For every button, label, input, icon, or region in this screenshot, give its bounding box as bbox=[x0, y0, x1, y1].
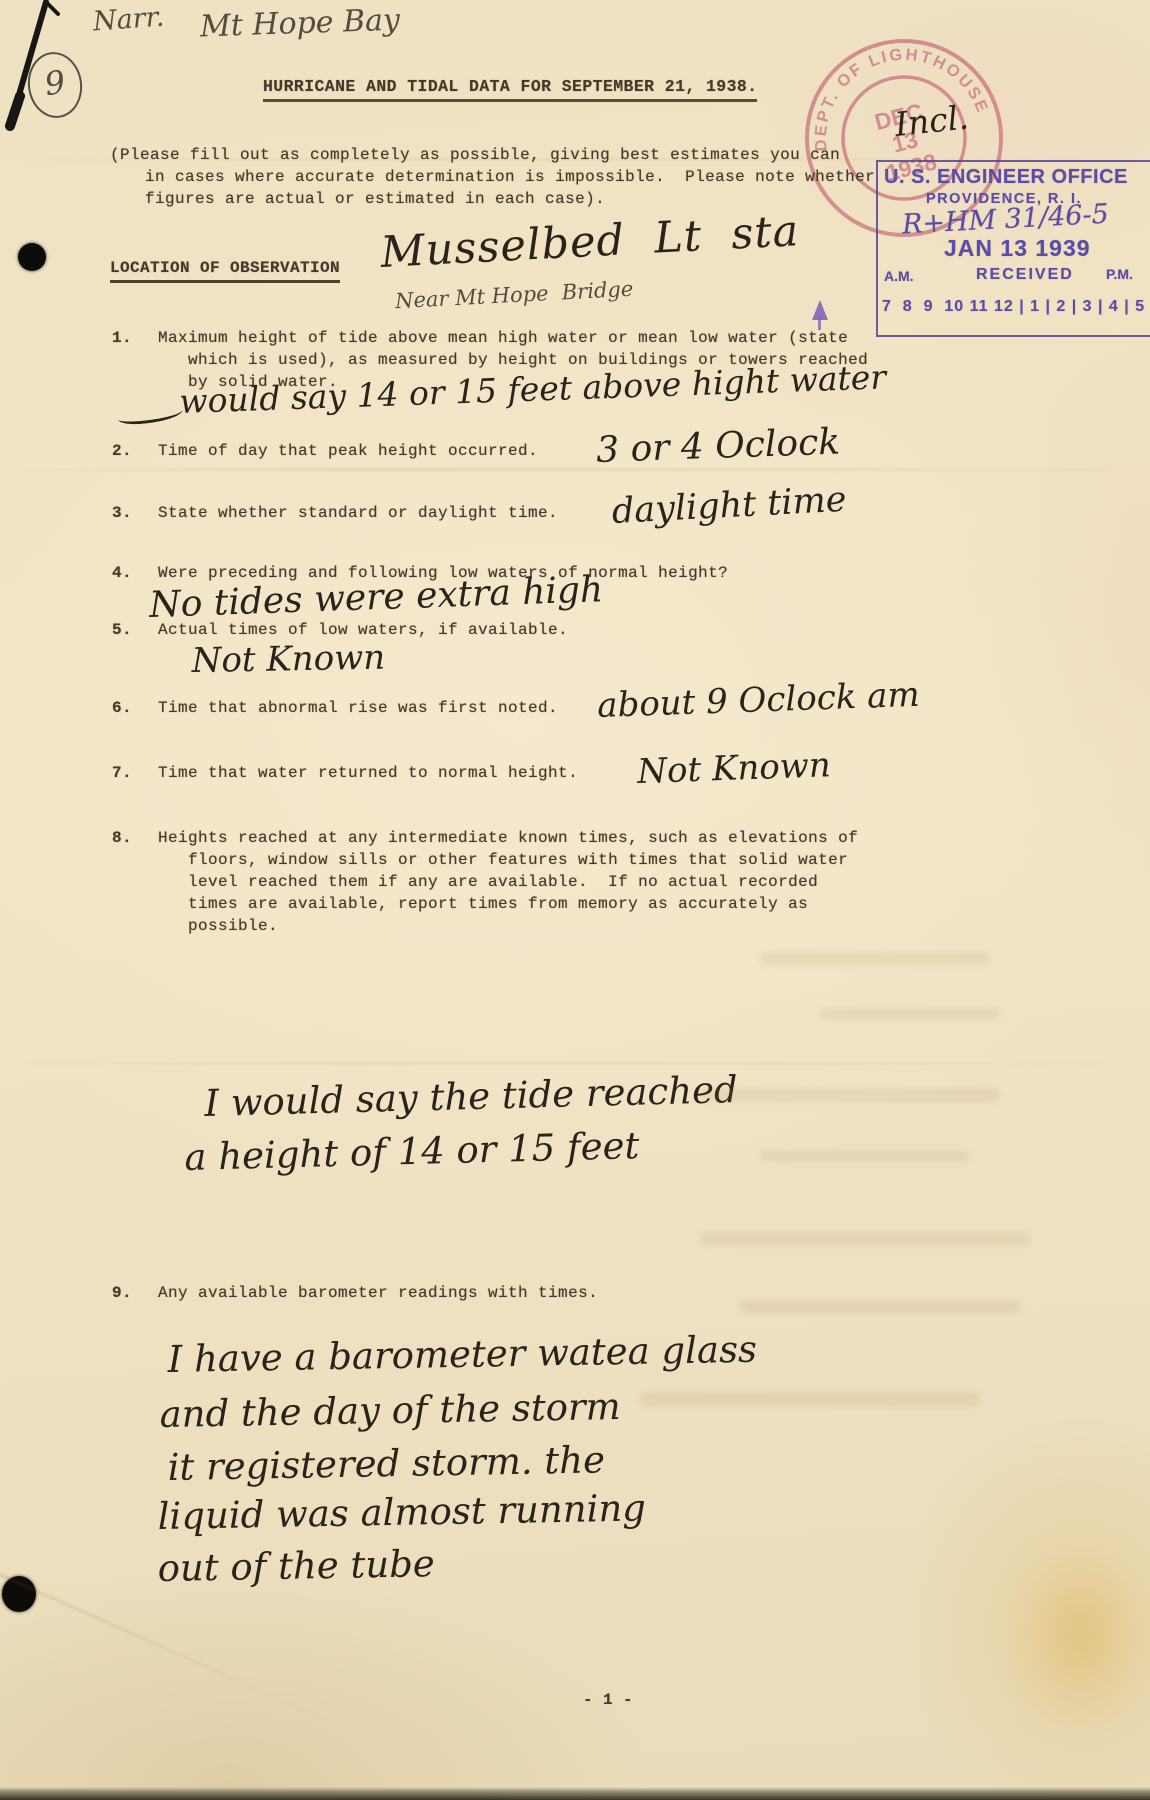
bleed-through-mark bbox=[640, 1392, 980, 1407]
hole-punch-mark bbox=[18, 243, 46, 271]
bleed-through-mark bbox=[700, 1088, 1000, 1102]
stamp-pm: P.M. bbox=[1106, 266, 1133, 282]
stamp-date: JAN 13 1939 bbox=[944, 235, 1091, 262]
stamp-am: A.M. bbox=[884, 268, 914, 284]
scan-edge bbox=[0, 1787, 1150, 1800]
bleed-through-mark bbox=[700, 1232, 1030, 1246]
question-number: 7. bbox=[112, 763, 132, 784]
engineer-office-stamp: U. S. ENGINEER OFFICE PROVIDENCE, R. I. … bbox=[876, 160, 1150, 337]
footer-page-number: - 1 - bbox=[583, 1690, 633, 1711]
intro-line-3: figures are actual or estimated in each … bbox=[145, 189, 605, 210]
fold-crease bbox=[0, 158, 1150, 161]
intro-line-2: in cases where accurate determination is… bbox=[145, 167, 875, 188]
question-text: Time that water returned to normal heigh… bbox=[158, 763, 578, 784]
pencil-note-narr: Narr. bbox=[92, 2, 165, 38]
question-text: Maximum height of tide above mean high w… bbox=[158, 328, 848, 349]
question-number: 1. bbox=[112, 328, 132, 349]
question-number: 2. bbox=[112, 441, 132, 462]
answer-handwritten: Not Known bbox=[191, 638, 385, 681]
intro-line-1: (Please fill out as completely as possib… bbox=[110, 145, 840, 166]
question-text: possible. bbox=[188, 916, 278, 937]
answer-handwritten: a height of 14 or 15 feet bbox=[184, 1124, 640, 1179]
location-note-handwritten: Near Mt Hope Bridge bbox=[395, 277, 634, 313]
incl-note: Incl. bbox=[893, 97, 971, 144]
pen-flourish bbox=[117, 403, 183, 427]
pencil-note-location: Mt Hope Bay bbox=[199, 3, 400, 45]
answer-handwritten: it registered storm. the bbox=[167, 1438, 605, 1489]
answer-handwritten: out of the tube bbox=[157, 1542, 435, 1590]
question-number: 9. bbox=[112, 1283, 132, 1304]
question-text: level reached them if any are available.… bbox=[188, 872, 818, 893]
location-station-handwritten: Musselbed Lt sta bbox=[379, 206, 800, 278]
question-number: 3. bbox=[112, 503, 132, 524]
question-text: floors, window sills or other features w… bbox=[188, 850, 848, 871]
answer-handwritten: I have a barometer watea glass bbox=[167, 1328, 757, 1381]
question-text: Heights reached at any intermediate know… bbox=[158, 828, 858, 849]
document-title: HURRICANE AND TIDAL DATA FOR SEPTEMBER 2… bbox=[263, 76, 757, 102]
question-text: State whether standard or daylight time. bbox=[158, 503, 558, 524]
scanned-document-page: Narr. Mt Hope Bay 9 HURRICANE AND TIDAL … bbox=[0, 0, 1150, 1800]
stamp-hours-row: 7 8 9 10 11 12 | 1 | 2 | 3 | 4 | 5 | 6 bbox=[882, 298, 1150, 316]
answer-handwritten: I would say the tide reached bbox=[204, 1068, 738, 1125]
question-text: Time that abnormal rise was first noted. bbox=[158, 698, 558, 719]
bleed-through-mark bbox=[760, 1150, 970, 1162]
stamp-received: RECEIVED bbox=[976, 266, 1074, 284]
fold-crease bbox=[0, 1062, 1150, 1065]
purple-arrow-icon bbox=[812, 300, 828, 320]
question-number: 6. bbox=[112, 698, 132, 719]
question-text: Time of day that peak height occurred. bbox=[158, 441, 538, 462]
bleed-through-mark bbox=[740, 1300, 1020, 1314]
question-number: 5. bbox=[112, 620, 132, 641]
answer-handwritten: Not Known bbox=[637, 745, 832, 792]
question-text: times are available, report times from m… bbox=[188, 894, 808, 915]
answer-handwritten: about 9 Oclock am bbox=[597, 675, 921, 726]
location-label: LOCATION OF OBSERVATION bbox=[110, 258, 340, 283]
bleed-through-mark bbox=[820, 1008, 1000, 1020]
question-number: 4. bbox=[112, 563, 132, 584]
bleed-through-mark bbox=[760, 952, 990, 965]
paper-stain bbox=[1000, 1540, 1150, 1740]
answer-handwritten: liquid was almost running bbox=[157, 1486, 646, 1538]
answer-handwritten: daylight time bbox=[611, 480, 848, 532]
answer-handwritten: and the day of the storm bbox=[159, 1385, 621, 1436]
answer-handwritten: 3 or 4 Oclock bbox=[596, 422, 841, 471]
stamp-office-name: U. S. ENGINEER OFFICE bbox=[884, 166, 1128, 189]
question-number: 8. bbox=[112, 828, 132, 849]
fold-crease bbox=[0, 468, 1150, 471]
page-number: 9 bbox=[42, 63, 67, 103]
question-text: Any available barometer readings with ti… bbox=[158, 1283, 598, 1304]
